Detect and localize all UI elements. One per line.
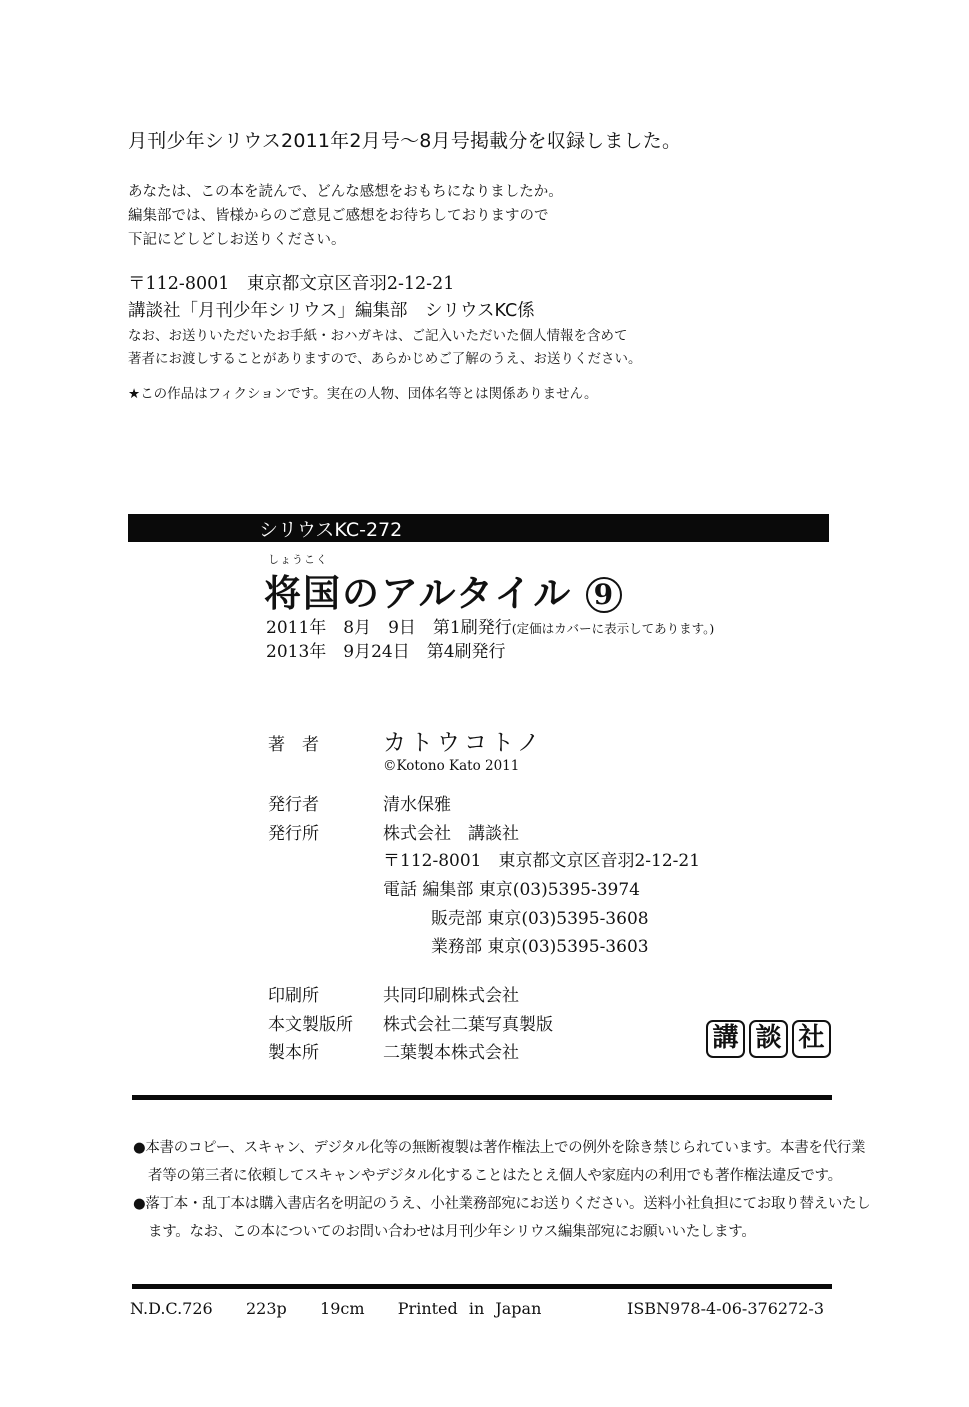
publishing-house-name: 株式会社 講談社 bbox=[383, 819, 519, 844]
printer-name: 共同印刷株式会社 bbox=[383, 981, 519, 1006]
logo-char-1: 講 bbox=[706, 1020, 745, 1058]
author-name: カトウコトノ bbox=[383, 724, 544, 757]
first-edition-date: 2011年 8月 9日 第1刷発行 bbox=[266, 618, 512, 638]
author-label: 著 者 bbox=[268, 730, 319, 755]
mailing-department: 講談社「月刊少年シリウス」編集部 シリウスKC係 bbox=[128, 297, 535, 322]
kodansha-logo: 講 談 社 bbox=[706, 1020, 831, 1058]
platemaker-name: 株式会社二葉写真製版 bbox=[383, 1010, 553, 1035]
book-title-text: 将国のアルタイル bbox=[264, 571, 572, 615]
platemaker-label: 本文製版所 bbox=[268, 1010, 353, 1035]
binder-name: 二葉製本株式会社 bbox=[383, 1038, 519, 1063]
footer-rule bbox=[132, 1284, 832, 1289]
volume-number-badge: 9 bbox=[586, 577, 622, 613]
first-edition-line: 2011年 8月 9日 第1刷発行(定価はカバーに表示してあります。) bbox=[266, 613, 714, 638]
divider-rule bbox=[132, 1095, 832, 1100]
ndc-code: N.D.C.726 bbox=[130, 1299, 213, 1318]
legal-defect-line-1: ●落丁本・乱丁本は購入書店名を明記のうえ、小社業務部宛にお送りください。送料小社… bbox=[133, 1192, 870, 1213]
book-size: 19cm bbox=[320, 1299, 365, 1318]
mailing-address: 〒112-8001 東京都文京区音羽2-12-21 bbox=[128, 270, 454, 295]
phone-dept-sales: 販売部 bbox=[431, 909, 482, 929]
phone-dept-editorial: 編集部 bbox=[422, 880, 473, 900]
reader-request-line-3: 下記にどしどしお送りください。 bbox=[128, 228, 346, 249]
reader-request-line-1: あなたは、この本を読んで、どんな感想をおもちになりましたか。 bbox=[128, 180, 563, 201]
latest-edition-line: 2013年 9月24日 第4刷発行 bbox=[266, 637, 506, 662]
legal-defect-line-2: ます。なお、この本についてのお問い合わせは月刊少年シリウス編集部宛にお願いいたし… bbox=[148, 1220, 756, 1241]
logo-char-3: 社 bbox=[792, 1020, 831, 1058]
copyright-notice: ©Kotono Kato 2011 bbox=[383, 758, 519, 774]
phone-editorial: 電話 編集部 東京(03)5395-3974 bbox=[383, 875, 640, 900]
book-specs: N.D.C.726 223p 19cm Printed in Japan bbox=[130, 1299, 541, 1318]
privacy-note-line-2: 著者にお渡しすることがありますので、あらかじめご了解のうえ、お送りください。 bbox=[128, 347, 642, 367]
logo-char-2: 談 bbox=[749, 1020, 788, 1058]
collection-note: 月刊少年シリウス2011年2月号〜8月号掲載分を収録しました。 bbox=[128, 126, 681, 153]
phone-number-operations: 東京(03)5395-3603 bbox=[487, 937, 648, 957]
publishing-house-label: 発行所 bbox=[268, 819, 319, 844]
printed-in: Printed in Japan bbox=[398, 1299, 542, 1318]
fiction-disclaimer: ★この作品はフィクションです。実在の人物、団体名等とは関係ありません。 bbox=[128, 382, 597, 402]
binder-label: 製本所 bbox=[268, 1038, 319, 1063]
phone-sales: 販売部 東京(03)5395-3608 bbox=[431, 904, 649, 929]
price-note: (定価はカバーに表示してあります。) bbox=[512, 621, 715, 636]
printer-label: 印刷所 bbox=[268, 981, 319, 1006]
phone-prefix: 電話 bbox=[383, 880, 417, 900]
phone-dept-operations: 業務部 bbox=[431, 937, 482, 957]
privacy-note-line-1: なお、お送りいただいたお手紙・おハガキは、ご記入いただいた個人情報を含めて bbox=[128, 324, 628, 344]
series-number: シリウスKC-272 bbox=[259, 515, 402, 542]
series-bar: シリウスKC-272 bbox=[128, 514, 829, 542]
legal-copy-line-1: ●本書のコピー、スキャン、デジタル化等の無断複製は著作権法上での例外を除き禁じら… bbox=[133, 1136, 865, 1157]
publishing-address: 〒112-8001 東京都文京区音羽2-12-21 bbox=[383, 846, 700, 871]
reader-request-line-2: 編集部では、皆様からのご意見ご感想をお待ちしておりますので bbox=[128, 204, 549, 225]
publisher-name: 清水保雅 bbox=[383, 790, 451, 815]
phone-number-sales: 東京(03)5395-3608 bbox=[487, 909, 648, 929]
isbn: ISBN978-4-06-376272-3 bbox=[627, 1299, 824, 1318]
page-count: 223p bbox=[246, 1299, 287, 1318]
legal-copy-line-2: 者等の第三者に依頼してスキャンやデジタル化することはたとえ個人や家庭内の利用でも… bbox=[148, 1164, 842, 1185]
phone-number-editorial: 東京(03)5395-3974 bbox=[479, 880, 640, 900]
phone-operations: 業務部 東京(03)5395-3603 bbox=[431, 932, 649, 957]
publisher-label: 発行者 bbox=[268, 790, 319, 815]
book-title: 将国のアルタイル9 bbox=[264, 563, 622, 617]
